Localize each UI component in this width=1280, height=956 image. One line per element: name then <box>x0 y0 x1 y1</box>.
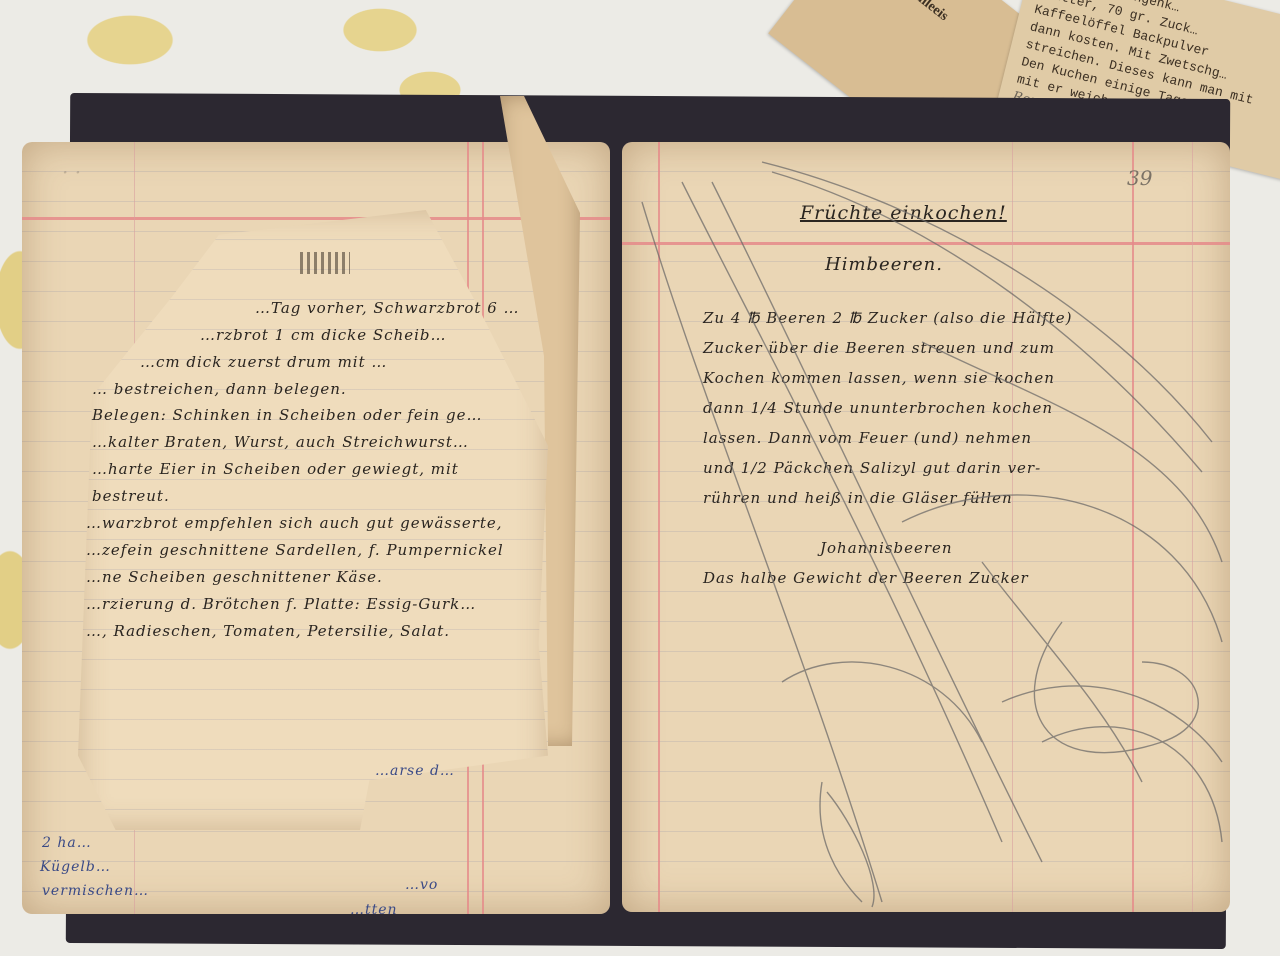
ink-smudge <box>300 252 350 274</box>
page-number: 39 <box>1127 166 1152 190</box>
recipe-section-heading: Früchte einkochen! <box>800 198 1007 228</box>
red-header-rule <box>622 242 1230 245</box>
handwritten-line: …cm dick zuerst drum mit … <box>140 347 387 377</box>
recipe-line: Zucker über die Beeren streuen und zum <box>703 333 1055 363</box>
recipe-title: Himbeeren. <box>825 250 943 280</box>
underlying-blue-ink: …vo <box>405 870 438 900</box>
recipe-line: lassen. Dann vom Feuer (und) nehmen <box>703 423 1032 453</box>
handwritten-line: …rzbrot 1 cm dicke Scheib… <box>200 320 447 350</box>
underlying-blue-ink: vermischen… <box>42 876 149 906</box>
red-margin-rule <box>1132 142 1134 912</box>
faded-page-number: · · <box>62 160 81 184</box>
recipe-line: dann 1/4 Stunde ununterbrochen kochen <box>703 393 1053 423</box>
handwritten-line: …warzbrot empfehlen sich auch gut gewäss… <box>86 508 503 538</box>
underlying-blue-ink: …arse d… <box>375 756 455 786</box>
handwritten-line: …Tag vorher, Schwarzbrot 6 … <box>255 293 520 323</box>
note-heading: Johannisbeeren <box>820 533 953 563</box>
handwritten-line: …ne Scheiben geschnittener Käse. <box>86 562 383 592</box>
recipe-line: rühren und heiß in die Gläser füllen <box>703 483 1013 513</box>
column-rule <box>1192 142 1193 912</box>
column-rule <box>1012 142 1013 912</box>
red-margin-rule <box>658 142 660 912</box>
recipe-line: Kochen kommen lassen, wenn sie kochen <box>703 363 1055 393</box>
handwritten-line: …harte Eier in Scheiben oder gewiegt, mi… <box>92 454 459 484</box>
recipe-line: und 1/2 Päckchen Salizyl gut darin ver- <box>703 453 1041 483</box>
handwritten-line: Belegen: Schinken in Scheiben oder fein … <box>92 400 482 430</box>
recipe-line: Zu 4 ℔ Beeren 2 ℔ Zucker (also die Hälft… <box>703 303 1072 333</box>
handwritten-line: …zefein geschnittene Sardellen, f. Pumpe… <box>86 535 504 565</box>
note-line: Das halbe Gewicht der Beeren Zucker <box>703 563 1029 593</box>
handwritten-line: bestreut. <box>92 481 170 511</box>
underlying-blue-ink: …tten <box>350 895 398 925</box>
handwritten-line: …kalter Braten, Wurst, auch Streichwurst… <box>92 427 469 457</box>
handwritten-line: …rzierung d. Brötchen f. Platte: Essig-G… <box>86 589 476 619</box>
handwritten-line: …, Radieschen, Tomaten, Petersilie, Sala… <box>86 616 450 646</box>
